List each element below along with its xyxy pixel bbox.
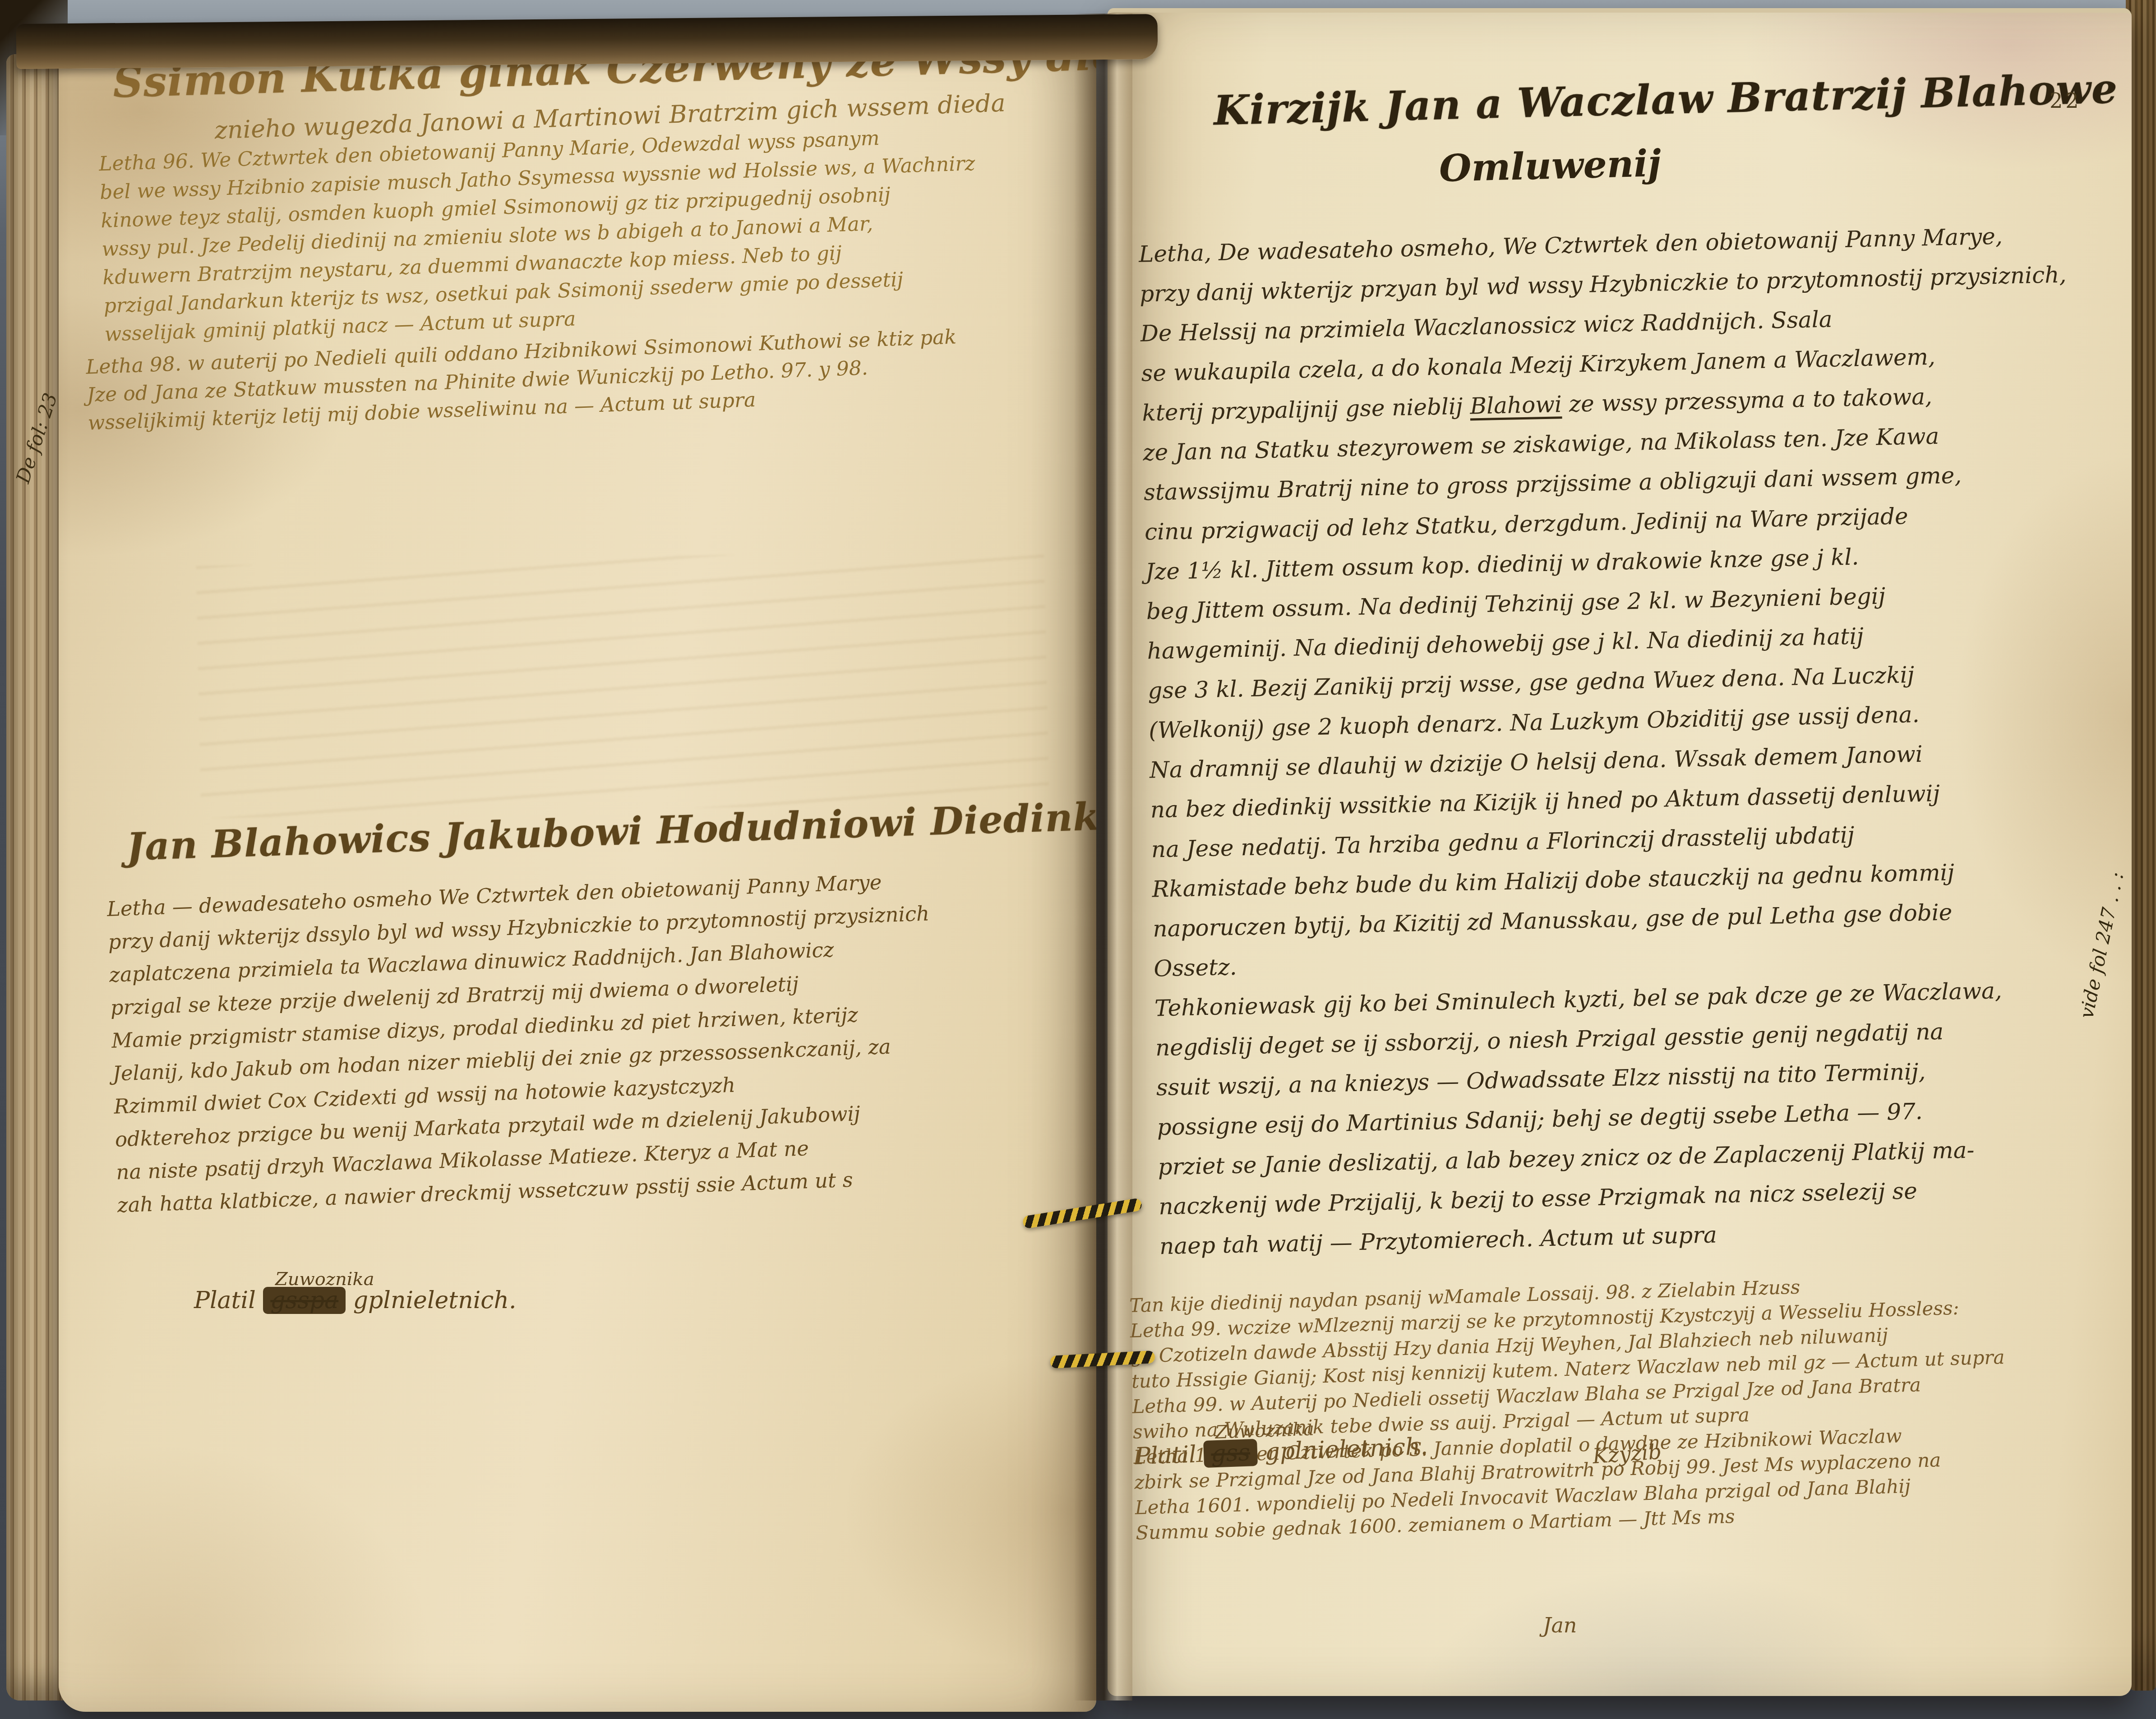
signature-jan: Jan xyxy=(1543,1613,1577,1637)
underlined-name: Blahowi xyxy=(1470,391,1562,419)
entry2-body: Letha — dewadesateho osmeho We Cztwrtek … xyxy=(106,864,939,1221)
payment-prefix: Platil xyxy=(194,1287,263,1314)
manuscript-photo: Ssimon Kutka ginak Cžerweny ze Wssy diel… xyxy=(0,0,2156,1719)
right-entry-addendum: Tan kije diedinij naydan psanij wMamale … xyxy=(1129,1269,2009,1546)
payment-interline: Zuwoznika xyxy=(275,1269,374,1290)
gutter-shadow xyxy=(1074,14,1132,1701)
payment-prefix: Platil xyxy=(1134,1441,1204,1470)
payment-interline: Zuwoznika xyxy=(1215,1419,1315,1443)
folio-number: 22 xyxy=(2050,88,2082,113)
entry2-payment-note: Zuwoznika Platil gsspa gplnieletnich. xyxy=(194,1287,516,1314)
entry1-body: Letha 96. We Cztwrtek den obietowanij Pa… xyxy=(98,121,980,349)
ink-bleedthrough xyxy=(196,548,1049,818)
right-entry-body: Letha, De wadesateho osmeho, We Cztwrtek… xyxy=(1138,215,2087,1267)
payment-suffix: gplnieletnich. xyxy=(346,1287,516,1314)
scribe-mark: Kzyzib xyxy=(1592,1439,1662,1469)
line-post: ze wssy przessyma a to takowa, xyxy=(1561,383,1932,417)
right-entry-title-line2: Omluwenij xyxy=(1439,142,1662,190)
payment-struck-word: gss xyxy=(1203,1439,1258,1468)
right-page: Kirzijk Jan a Waczlaw Bratrzij Blahowe O… xyxy=(1108,8,2132,1696)
right-entry-title-line1: Kirzijk Jan a Waczlaw Bratrzij Blahowe xyxy=(1213,65,2118,135)
line-pre: kterij przypalijnij gse nieblij xyxy=(1142,393,1470,426)
left-page: Ssimon Kutka ginak Cžerweny ze Wssy diel… xyxy=(59,43,1096,1712)
payment-struck-word: gsspa xyxy=(263,1287,346,1314)
